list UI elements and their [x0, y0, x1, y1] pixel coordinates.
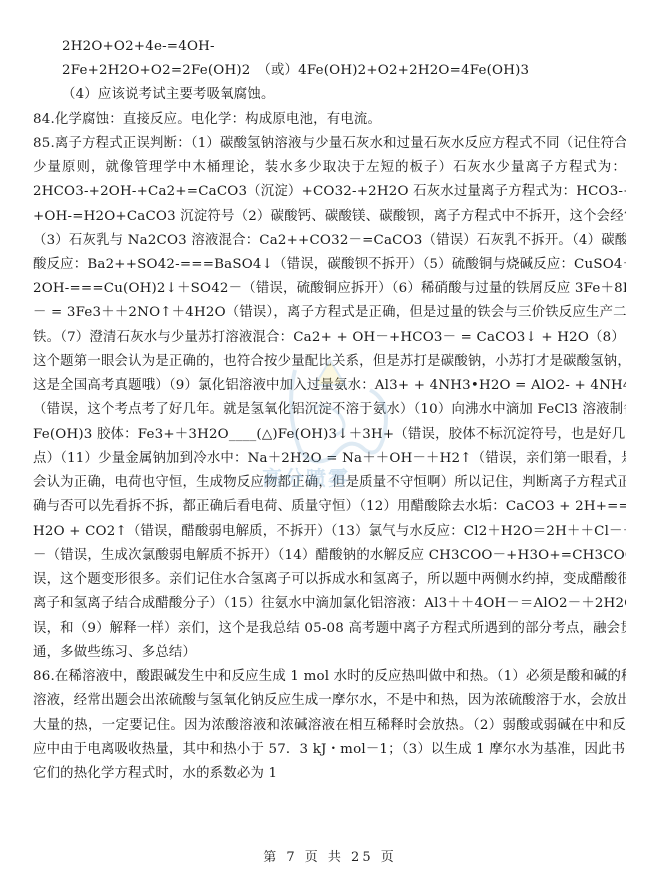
text-line: 少量原则，就像管理学中木桶理论，装水多少取决于左短的板子）石灰水少量离子方程式为…	[33, 156, 626, 180]
text-line: － = 3Fe3＋＋2NO↑＋4H2O（错误），离子方程式是正确，但是过量的铁会…	[33, 301, 626, 325]
text-line: －（错误，生成次氯酸弱电解质不拆开）（14）醋酸钠的水解反应 CH3COO－+H…	[33, 544, 626, 568]
text-line: 2OH-===Cu(OH)2↓＋SO42－（错误，硫酸铜应拆开）（6）稀硝酸与过…	[33, 277, 626, 301]
watermark-text: 高分喷雾	[262, 462, 350, 491]
text-line: 误，和（9）解释一样）亲们，这个是我总结 05-08 高考题中离子方程式所遇到的…	[33, 617, 626, 641]
text-line: （3）石灰乳与 Na2CO3 溶液混合：Ca2++CO32－=CaCO3（错误）…	[33, 229, 626, 253]
text-line: H2O + CO2↑（错误，醋酸弱电解质，不拆开）（13）氯气与水反应：Cl2＋…	[33, 520, 626, 544]
text-line: 离子和氢离子结合成醋酸分子）（15）往氨水中滴加氯化铝溶液：Al3＋＋4OH－＝…	[33, 592, 626, 616]
text-line: 应中由于电离吸收热量，其中和热小于 57．3 kJ・mol－1；（3）以生成 1…	[33, 738, 626, 762]
text-line: 确与否可以先看拆不拆，都正确后看电荷、质量守恒）（12）用醋酸除去水垢：CaCO…	[33, 495, 626, 519]
text-line: 2HCO3-+2OH-+Ca2+=CaCO3（沉淀）+CO32-+2H2O 石灰…	[33, 180, 626, 204]
text-line: 误，这个题变形很多。亲们记住水合氢离子可以拆成水和氢离子，所以题中两侧水约掉，变…	[33, 568, 626, 592]
text-line: 它们的热化学方程式时，水的系数必为 1	[33, 762, 626, 786]
text-line: （错误，这个考点考了好几年。就是氢氧化铝沉淀不溶于氨水）（10）向沸水中滴加 F…	[33, 398, 626, 422]
text-line: （4）应该说考试主要考吸氧腐蚀。	[62, 83, 622, 107]
text-line: 86.在稀溶液中，酸跟碱发生中和反应生成 1 mol 水时的反应热叫做中和热。（…	[33, 665, 626, 689]
text-line: 2H2O+O2+4e-=4OH-	[62, 35, 622, 59]
text-line: 2Fe+2H2O+O2=2Fe(OH)2 （或）4Fe(OH)2+O2+2H2O…	[62, 59, 622, 83]
text-line: 这是全国高考真题哦）（9）氯化铝溶液中加入过量氨水：Al3+ + 4NH3•H2…	[33, 374, 626, 398]
text-line: 通，多做些练习、多总结）	[33, 641, 626, 665]
document-page: 2H2O+O2+4e-=4OH-2Fe+2H2O+O2=2Fe(OH)2 （或）…	[0, 0, 660, 880]
text-line: 85.离子方程式正误判断：（1）碳酸氢钠溶液与少量石灰水和过量石灰水反应方程式不…	[33, 132, 626, 156]
text-line: 酸反应：Ba2++SO42-===BaSO4↓（错误，碳酸钡不拆开）（5）硫酸铜…	[33, 253, 626, 277]
text-line: 这个题第一眼会认为是正确的，也符合按少量配比关系，但是苏打是碳酸钠，小苏打才是碳…	[33, 350, 626, 374]
text-line: 大量的热，一定要记住。因为浓酸溶液和浓碱溶液在相互稀释时会放热。（2）弱酸或弱碱…	[33, 714, 626, 738]
text-line: 84.化学腐蚀：直接反应。电化学：构成原电池，有电流。	[33, 108, 626, 132]
text-line: Fe(OH)3 胶体：Fe3+＋3H2O____(△)Fe(OH)3↓＋3H+（…	[33, 423, 626, 447]
text-line: 铁。（7）澄清石灰水与少量苏打溶液混合：Ca2+ + OH－+HCO3－ = C…	[33, 326, 626, 350]
text-line: 溶液，经常出题会出浓硫酸与氢氧化钠反应生成一摩尔水，不是中和热，因为浓硫酸溶于水…	[33, 689, 626, 713]
text-line: +OH-=H2O+CaCO3 沉淀符号（2）碳酸钙、碳酸镁、碳酸钡，离子方程式中…	[33, 205, 626, 229]
page-footer: 第 7 页 共 25 页	[0, 846, 660, 865]
